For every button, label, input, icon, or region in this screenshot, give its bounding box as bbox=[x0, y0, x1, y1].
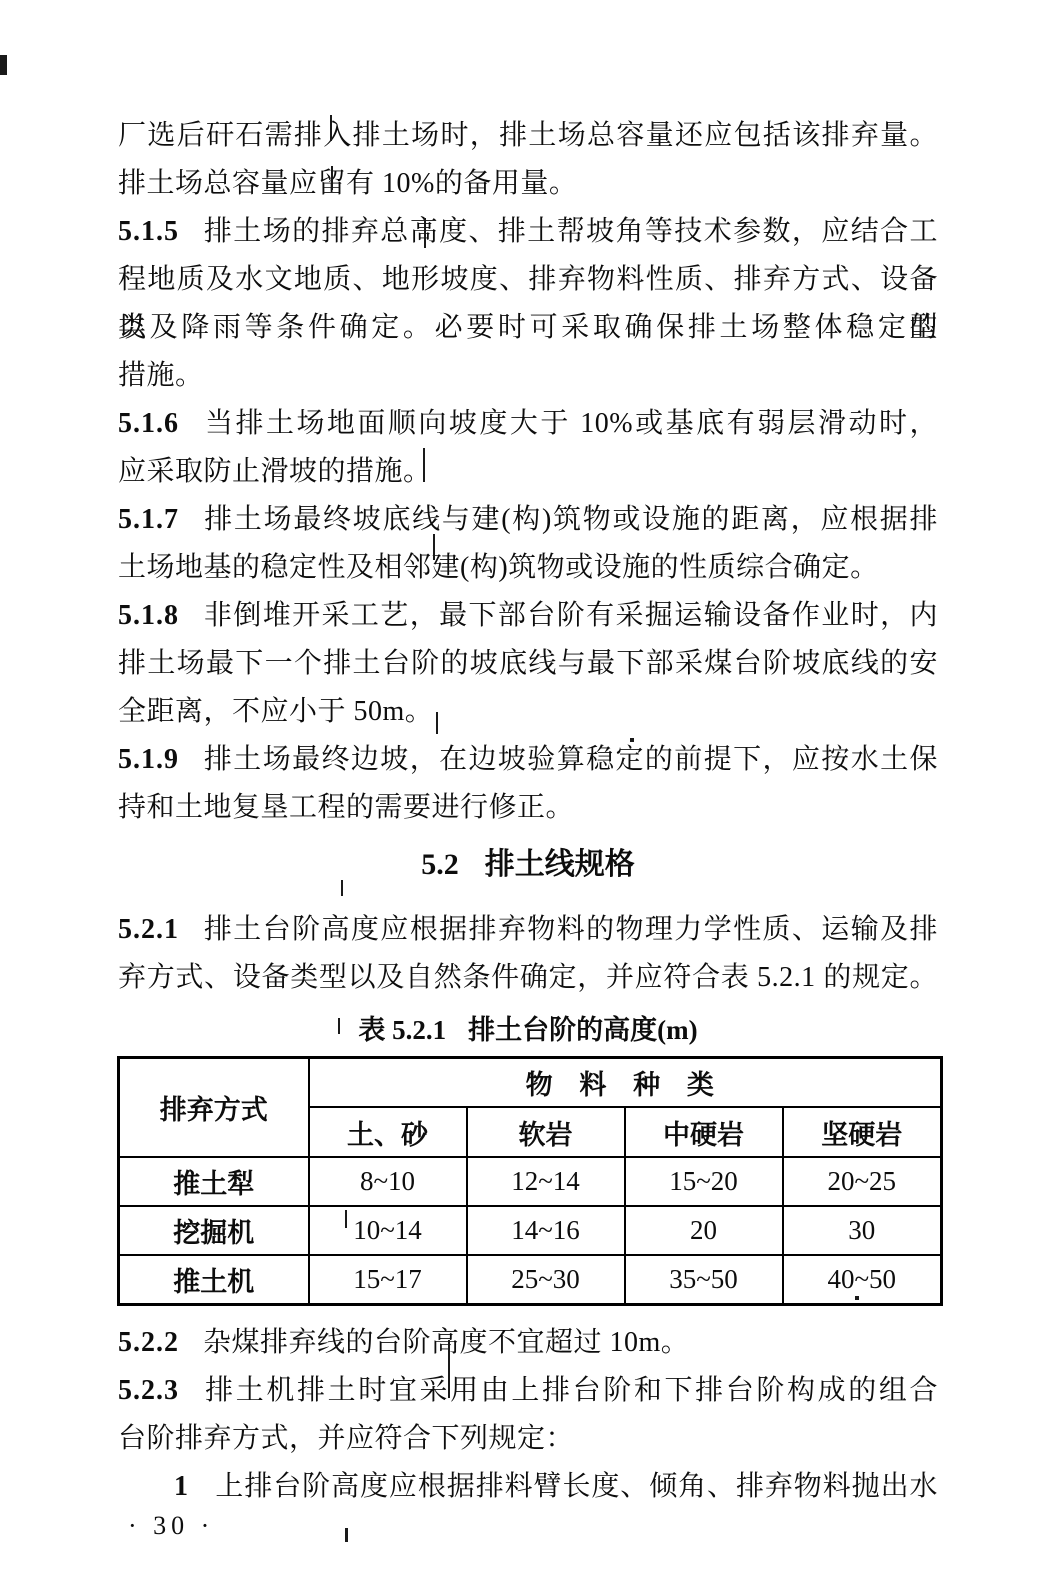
table-col-header: 坚硬岩 bbox=[783, 1107, 942, 1157]
scan-artifact bbox=[423, 448, 425, 482]
scanned-document-page: 厂选后矸石需排入排土场时，排土场总容量还应包括该排弃量。 排土场总容量应留有 1… bbox=[0, 0, 1050, 1579]
scan-artifact bbox=[424, 218, 426, 248]
scan-artifact bbox=[345, 1528, 348, 1542]
table-cell: 20 bbox=[625, 1206, 783, 1255]
scan-artifact bbox=[0, 55, 7, 75]
clause-text: 排土场最终坡底线与建(构)筑物或设施的距离，应根据排 bbox=[203, 504, 938, 535]
scan-artifact bbox=[855, 1296, 859, 1300]
body-line: 台阶排弃方式，并应符合下列规定： bbox=[118, 1415, 938, 1463]
clause-number: 5.1.7 bbox=[118, 504, 179, 535]
body-line: 措施。 bbox=[118, 352, 938, 400]
body-line: 以及降雨等条件确定。必要时可采取确保排土场整体稳定的 bbox=[118, 304, 938, 352]
table-col-header: 中硬岩 bbox=[625, 1107, 783, 1157]
table-caption: 表 5.2.1排土台阶的高度(m) bbox=[118, 1010, 938, 1050]
body-line: 全距离，不应小于 50m。 bbox=[118, 688, 938, 736]
page-number: · 30 · bbox=[118, 1511, 938, 1559]
text-column: 厂选后矸石需排入排土场时，排土场总容量还应包括该排弃量。 排土场总容量应留有 1… bbox=[118, 112, 938, 1559]
clause-text: 当排土场地面顺向坡度大于 10%或基底有弱层滑动时， bbox=[203, 408, 938, 439]
clause-5-1-5: 5.1.5排土场的排弃总高度、排土帮坡角等技术参数，应结合工 bbox=[118, 208, 938, 256]
clause-number: 5.2.1 bbox=[118, 914, 179, 945]
table-caption-label: 表 5.2.1 bbox=[358, 1015, 446, 1045]
clause-text: 排土场最终边坡，在边坡验算稳定的前提下，应按水土保 bbox=[203, 744, 938, 775]
section-number: 5.2 bbox=[421, 848, 459, 881]
body-line: 排土场总容量应留有 10%的备用量。 bbox=[118, 160, 938, 208]
table-col-header: 土、砂 bbox=[309, 1107, 467, 1157]
table-caption-title: 排土台阶的高度(m) bbox=[468, 1015, 697, 1045]
body-line: 应采取防止滑坡的措施。 bbox=[118, 448, 938, 496]
clause-number: 5.1.9 bbox=[118, 744, 179, 775]
list-item-1: 1上排台阶高度应根据排料臂长度、倾角、排弃物料抛出水 bbox=[118, 1463, 938, 1511]
scan-artifact bbox=[630, 738, 634, 742]
row-label: 推土犁 bbox=[119, 1157, 309, 1206]
clause-5-1-6: 5.1.6当排土场地面顺向坡度大于 10%或基底有弱层滑动时， bbox=[118, 400, 938, 448]
clause-text: 排土台阶高度应根据排弃物料的物理力学性质、运输及排 bbox=[203, 914, 938, 945]
table-corner-header: 排弃方式 bbox=[119, 1058, 309, 1158]
table-cell: 20~25 bbox=[783, 1157, 942, 1206]
clause-5-1-8: 5.1.8非倒堆开采工艺，最下部台阶有采掘运输设备作业时，内 bbox=[118, 592, 938, 640]
scan-artifact bbox=[345, 1210, 347, 1228]
scan-artifact bbox=[330, 115, 332, 141]
clause-number: 5.1.6 bbox=[118, 408, 179, 439]
clause-number: 5.1.8 bbox=[118, 600, 179, 631]
clause-text: 排土机排土时宜采用由上排台阶和下排台阶构成的组合 bbox=[203, 1375, 938, 1406]
clause-5-2-3: 5.2.3排土机排土时宜采用由上排台阶和下排台阶构成的组合 bbox=[118, 1367, 938, 1415]
table-cell: 30 bbox=[783, 1206, 942, 1255]
scan-artifact bbox=[436, 712, 438, 734]
row-label: 推土机 bbox=[119, 1255, 309, 1305]
spacer bbox=[118, 888, 938, 906]
table-row: 挖掘机 10~14 14~16 20 30 bbox=[119, 1206, 942, 1255]
clause-5-1-7: 5.1.7排土场最终坡底线与建(构)筑物或设施的距离，应根据排 bbox=[118, 496, 938, 544]
table-cell: 15~20 bbox=[625, 1157, 783, 1206]
table-header-row-1: 排弃方式 物 料 种 类 bbox=[119, 1058, 942, 1108]
table-cell: 12~14 bbox=[467, 1157, 625, 1206]
scan-artifact bbox=[331, 166, 333, 190]
clause-5-1-9: 5.1.9排土场最终边坡，在边坡验算稳定的前提下，应按水土保 bbox=[118, 736, 938, 784]
table-cell: 40~50 bbox=[783, 1255, 942, 1305]
body-line: 土场地基的稳定性及相邻建(构)筑物或设施的性质综合确定。 bbox=[118, 544, 938, 592]
clause-number: 5.1.5 bbox=[118, 216, 179, 247]
item-text: 上排台阶高度应根据排料臂长度、倾角、排弃物料抛出水 bbox=[215, 1471, 938, 1502]
clause-text: 非倒堆开采工艺，最下部台阶有采掘运输设备作业时，内 bbox=[203, 600, 938, 631]
clause-text: 排土场的排弃总高度、排土帮坡角等技术参数，应结合工 bbox=[203, 216, 938, 247]
body-line: 程地质及水文地质、地形坡度、排弃物料性质、排弃方式、设备类型 bbox=[118, 256, 938, 304]
body-line: 厂选后矸石需排入排土场时，排土场总容量还应包括该排弃量。 bbox=[118, 112, 938, 160]
table-5-2-1: 排弃方式 物 料 种 类 土、砂 软岩 中硬岩 坚硬岩 推土犁 8~10 12~… bbox=[117, 1056, 943, 1306]
table-cell: 35~50 bbox=[625, 1255, 783, 1305]
clause-text: 杂煤排弃线的台阶高度不宜超过 10m。 bbox=[203, 1327, 689, 1358]
scan-artifact bbox=[448, 1340, 450, 1398]
section-title: 排土线规格 bbox=[485, 848, 635, 881]
item-number: 1 bbox=[174, 1471, 189, 1502]
scan-artifact bbox=[433, 534, 435, 560]
body-line: 持和土地复垦工程的需要进行修正。 bbox=[118, 784, 938, 832]
table-cell: 25~30 bbox=[467, 1255, 625, 1305]
scan-artifact bbox=[338, 1018, 340, 1034]
clause-5-2-1: 5.2.1排土台阶高度应根据排弃物料的物理力学性质、运输及排 bbox=[118, 906, 938, 954]
body-line: 排土场最下一个排土台阶的坡底线与最下部采煤台阶坡底线的安 bbox=[118, 640, 938, 688]
clause-number: 5.2.3 bbox=[118, 1375, 179, 1406]
table-cell: 15~17 bbox=[309, 1255, 467, 1305]
table-cell: 14~16 bbox=[467, 1206, 625, 1255]
table-row: 推土犁 8~10 12~14 15~20 20~25 bbox=[119, 1157, 942, 1206]
table-cell: 8~10 bbox=[309, 1157, 467, 1206]
scan-artifact bbox=[341, 880, 343, 896]
body-line: 弃方式、设备类型以及自然条件确定，并应符合表 5.2.1 的规定。 bbox=[118, 954, 938, 1002]
table-col-header: 软岩 bbox=[467, 1107, 625, 1157]
table-row: 推土机 15~17 25~30 35~50 40~50 bbox=[119, 1255, 942, 1305]
row-label: 挖掘机 bbox=[119, 1206, 309, 1255]
clause-5-2-2: 5.2.2杂煤排弃线的台阶高度不宜超过 10m。 bbox=[118, 1319, 938, 1367]
table-group-header: 物 料 种 类 bbox=[309, 1058, 942, 1108]
table-cell: 10~14 bbox=[309, 1206, 467, 1255]
section-heading-5-2: 5.2排土线规格 bbox=[118, 842, 938, 888]
clause-number: 5.2.2 bbox=[118, 1327, 179, 1358]
